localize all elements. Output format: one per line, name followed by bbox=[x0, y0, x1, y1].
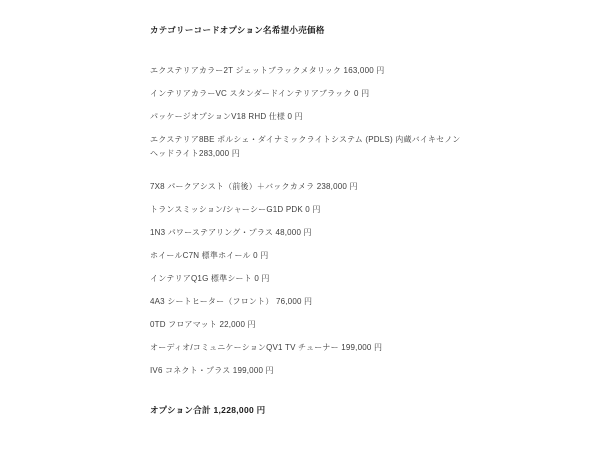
option-item-exterior-color: エクステリアカラー2T ジェットブラックメタリック 163,000 円 bbox=[150, 64, 462, 78]
option-item-tv-tuner: オーディオ/コミュニケーションQV1 TV チューナー 199,000 円 bbox=[150, 341, 462, 355]
option-item-park-assist: 7X8 パークアシスト（前後）＋バックカメラ 238,000 円 bbox=[150, 180, 462, 194]
option-item-floor-mats: 0TD フロアマット 22,000 円 bbox=[150, 318, 462, 332]
list-title: カテゴリーコードオプション名希望小売価格 bbox=[150, 24, 462, 36]
option-item-seats: インテリアQ1G 標準シート 0 円 bbox=[150, 272, 462, 286]
option-item-transmission-pdk: トランスミッション/シャーシーG1D PDK 0 円 bbox=[150, 203, 462, 217]
option-item-connect-plus: IV6 コネクト・プラス 199,000 円 bbox=[150, 364, 462, 378]
option-item-package-rhd: パッケージオプションV18 RHD 仕様 0 円 bbox=[150, 110, 462, 124]
document-page: カテゴリーコードオプション名希望小売価格 エクステリアカラー2T ジェットブラッ… bbox=[0, 0, 600, 450]
option-price-list: カテゴリーコードオプション名希望小売価格 エクステリアカラー2T ジェットブラッ… bbox=[150, 24, 462, 416]
option-item-wheels: ホイールC7N 標準ホイール 0 円 bbox=[150, 249, 462, 263]
option-item-power-steering-plus: 1N3 パワーステアリング・プラス 48,000 円 bbox=[150, 226, 462, 240]
option-item-pdls-headlights: エクステリア8BE ポルシェ・ダイナミックライトシステム (PDLS) 内蔵バイ… bbox=[150, 133, 462, 161]
option-item-seat-heater: 4A3 シートヒーター（フロント） 76,000 円 bbox=[150, 295, 462, 309]
option-item-interior-color: インテリアカラーVC スタンダードインテリアブラック 0 円 bbox=[150, 87, 462, 101]
options-total: オプション合計 1,228,000 円 bbox=[150, 404, 462, 416]
